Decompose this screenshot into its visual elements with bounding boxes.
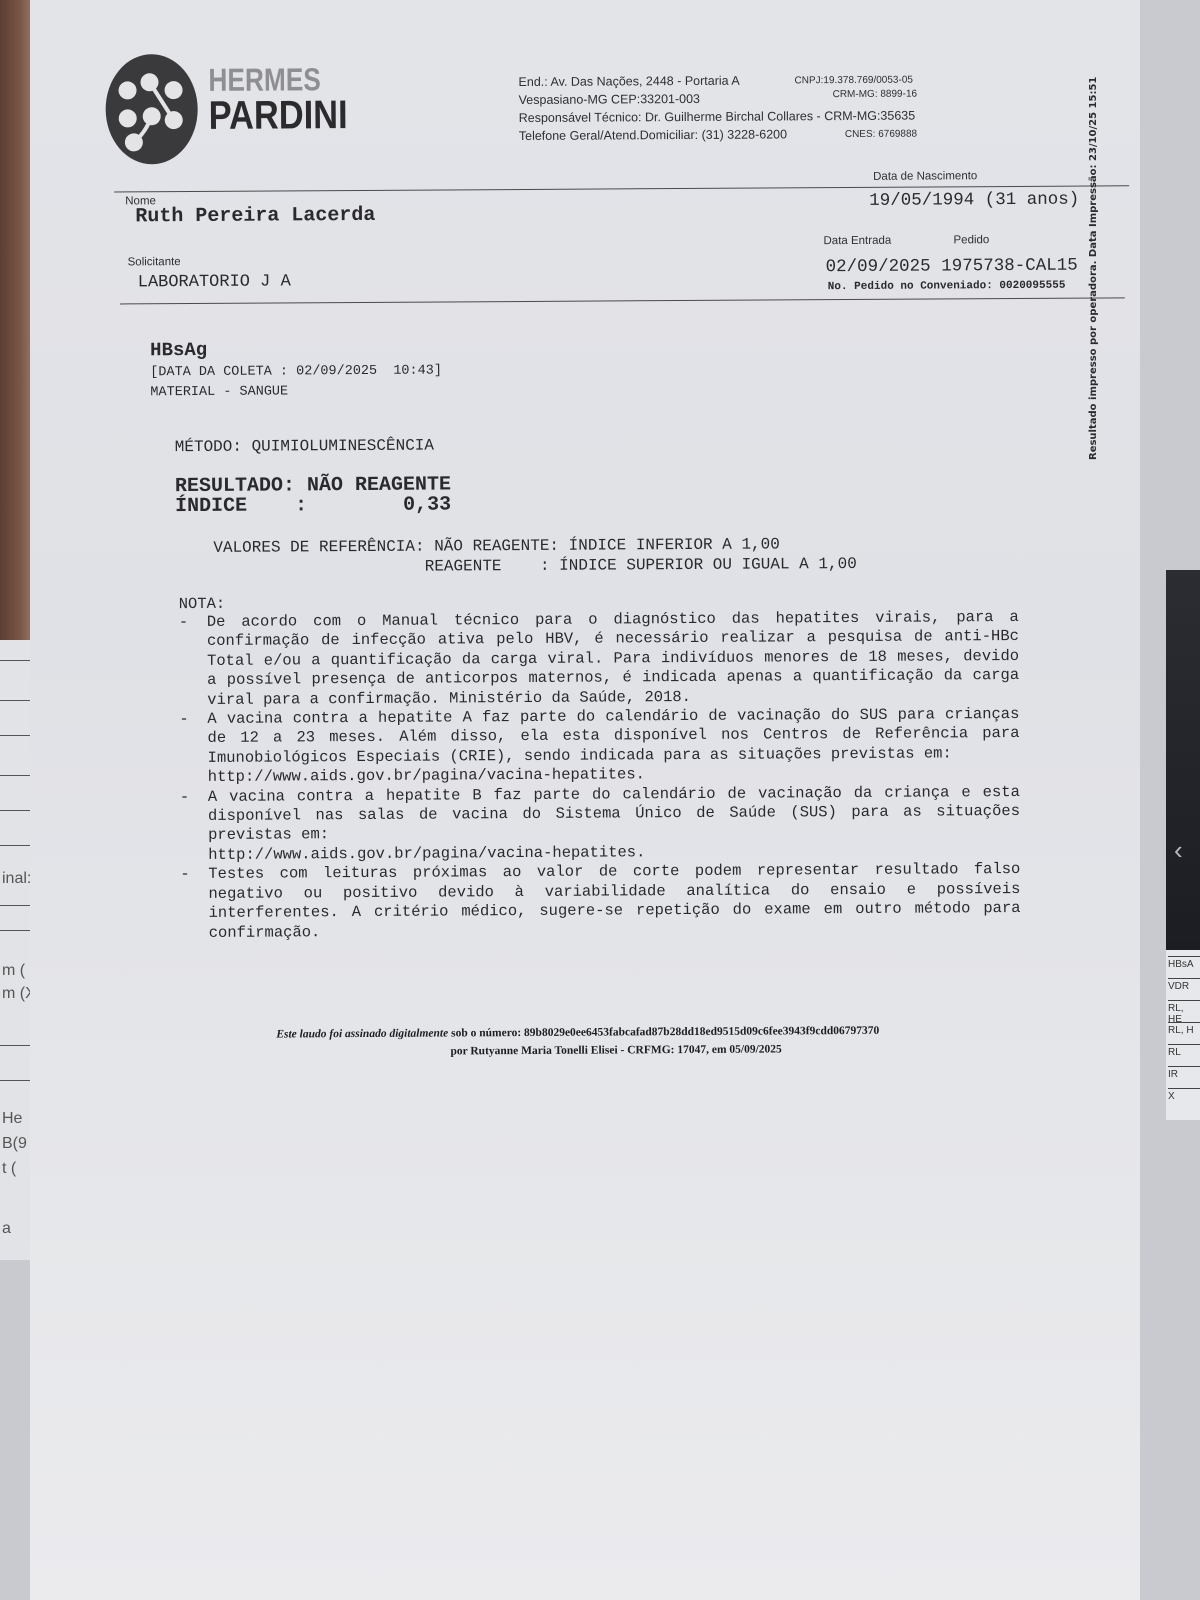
fragment-text: HBsA: [1168, 956, 1200, 970]
hand-background: [0, 0, 34, 660]
entry-date-label: Data Entrada: [823, 235, 891, 247]
method: MÉTODO: QUIMIOLUMINESCÊNCIA: [175, 437, 434, 457]
print-info-vertical: Resultado impresso por operadora. Data I…: [1088, 77, 1099, 460]
phone-line: Telefone Geral/Atend.Domiciliar: (31) 32…: [519, 127, 787, 143]
fragment-text: RL, H: [1168, 1022, 1200, 1036]
requester-value: LABORATORIO J A: [138, 272, 291, 292]
technical-responsible: Responsável Técnico: Dr. Guilherme Birch…: [519, 109, 916, 125]
lab-report-page: HERMES PARDINI End.: Av. Das Nações, 244…: [30, 0, 1140, 1600]
brand-name-bottom: PARDINI: [209, 93, 348, 139]
underlying-paper-right: HBsA VDR RL, HE RL, H RL IR X: [1166, 950, 1200, 1120]
fragment-text: B(9: [2, 1135, 27, 1153]
reference-values: REAGENTE : ÍNDICE SUPERIOR OU IGUAL A 1,…: [213, 555, 856, 577]
note-item: -A vacina contra a hepatite A faz parte …: [179, 705, 1019, 788]
hermes-pardini-logo-icon: [105, 54, 198, 165]
address-line: End.: Av. Das Nações, 2448 - Portaria A: [518, 74, 739, 89]
signer: por Rutyanne Maria Tonelli Elisei - CRFM…: [450, 1043, 781, 1057]
entry-order-value: 02/09/2025 1975738-CAL15: [826, 256, 1078, 278]
background-screen: ‹: [1166, 570, 1200, 950]
fragment-text: m (: [2, 962, 25, 980]
fragment-text: IR: [1168, 1066, 1200, 1080]
notes-section: NOTA: -De acordo com o Manual técnico pa…: [179, 590, 1021, 943]
cnpj: CNPJ:19.378.769/0053-05: [794, 75, 912, 87]
birth-date-label: Data de Nascimento: [873, 170, 977, 183]
agreement-order-number: No. Pedido no Conveniado: 0020095555: [828, 280, 1066, 293]
address-line: Vespasiano-MG CEP:33201-003: [519, 92, 700, 107]
reference-values: VALORES DE REFERÊNCIA: NÃO REAGENTE: ÍND…: [213, 535, 780, 556]
note-item: -A vacina contra a hepatite B faz parte …: [180, 783, 1020, 866]
fragment-text: X: [1168, 1088, 1200, 1102]
divider: [120, 297, 1125, 304]
fragment-text: VDR: [1168, 978, 1200, 992]
collection-date: [DATA DA COLETA : 02/09/2025 10:43]: [150, 363, 442, 380]
fragment-text: t (: [2, 1160, 16, 1178]
index-value: ÍNDICE : 0,33: [175, 493, 451, 518]
fragment-text: a: [2, 1220, 11, 1238]
requester-label: Solicitante: [128, 256, 181, 268]
digital-signature: Este laudo foi assinado digitalmente sob…: [276, 1025, 879, 1041]
chevron-left-icon: ‹: [1174, 835, 1183, 866]
fragment-text: RL: [1168, 1044, 1200, 1058]
note-item: -De acordo com o Manual técnico para o d…: [179, 608, 1020, 710]
cnes: CNES: 6769888: [845, 129, 917, 140]
fragment-text: He: [2, 1110, 22, 1128]
fragment-text: inal:: [2, 870, 31, 888]
exam-title: HBsAg: [150, 339, 207, 361]
note-item: -Testes com leituras próximas ao valor d…: [180, 860, 1020, 943]
patient-name: Ruth Pereira Lacerda: [135, 204, 375, 228]
birth-date-value: 19/05/1994 (31 anos): [869, 190, 1079, 211]
crm: CRM-MG: 8899-16: [833, 89, 918, 101]
order-label: Pedido: [953, 234, 989, 246]
material: MATERIAL - SANGUE: [150, 384, 288, 400]
